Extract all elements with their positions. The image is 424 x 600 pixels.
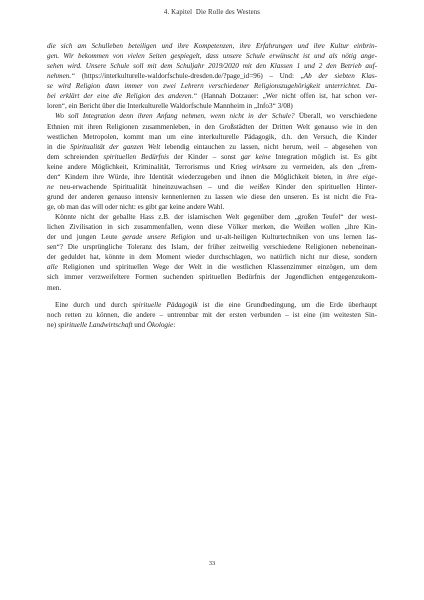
body-text-segment: neu-erwachende Spiritualität hineinzuwac… [54,183,250,191]
text-line: gen. Wir bekommen von vielen Seiten gesp… [47,51,377,61]
emphasized-text: gar keine [241,153,271,161]
emphasized-text: alle [47,263,58,271]
running-header: 4. Kapitel Die Rolle des Westens [0,9,424,17]
body-text-segment: und [132,321,146,329]
emphasized-text: die sich am Schulleben beteiligen und ih… [47,42,377,50]
emphasized-text: sehen wird. Unsere Schule soll mit dem S… [47,62,377,70]
text-line: noch retten zu können, die andere – untr… [47,310,377,320]
text-line: ne) spirituelle Landwirtschaft und Ökolo… [47,320,377,330]
text-line: sich immer verzweifeltere Formen suchend… [47,272,377,282]
body-text-segment: lebendig eintauchen zu lassen, nicht her… [160,143,377,151]
body-text: die sich am Schulleben beteiligen und ih… [47,41,377,330]
text-line: westlichen Metropolen, kommt man um eine… [47,132,377,142]
body-text-segment: : [173,321,175,329]
body-text-segment: Ethnien mit ihren Religionen zusammenleb… [47,123,377,131]
body-text-segment: in die [47,143,70,151]
paragraph: Wo soll Integration denn ihren Anfang ne… [47,111,377,212]
body-text-segment: der Kinder – sonst [169,153,241,161]
body-text-segment: grund der anderen genauso intensiv kenne… [47,193,377,201]
body-text-segment: lichen Zivilisation in sich zusammenfall… [47,223,377,231]
text-line: den“ Kindern ihre Würde, ihre Identität … [47,172,377,182]
emphasized-text: ihre eige- [347,173,377,181]
text-line: loren“, ein Bericht über die Interkultur… [47,101,377,111]
body-text-segment: (https://interkulturelle-waldorfschule-d… [75,72,304,80]
emphasized-text: spirituelle Pädagogik [132,301,197,309]
emphasized-text: bei erklärt der eine die Religion des an… [47,92,197,100]
body-text-segment: noch retten zu können, die andere – untr… [47,311,377,319]
body-text-segment: loren“, ein Bericht über die Interkultur… [47,102,293,110]
text-line: dem schreienden spirituellen Bedürfnis d… [47,152,377,162]
document-page: 4. Kapitel Die Rolle des Westens die sic… [0,0,424,600]
body-text-segment: (Hannah Dotzauer: „Wer nicht offen ist, … [197,92,377,100]
emphasized-text: wirksam [252,163,276,171]
emphasized-text: spirituellen Bedürfnis [103,153,169,161]
body-text-segment: Eine durch und durch [55,301,132,309]
text-line: Wo soll Integration denn ihren Anfang ne… [47,111,377,121]
emphasized-text: spirituelle Landwirtschaft [58,321,132,329]
body-text-segment: Kinder den spirituellen Hinter- [270,183,377,191]
body-text-segment: Überall, wo verschiedene [295,112,377,120]
body-text-segment: Integration möglich ist. Es gibt [271,153,377,161]
text-line: alle Religionen und spirituellen Wege de… [47,262,377,272]
emphasized-text: Ab der siebten Klas- [304,72,377,80]
text-line: Könnte nicht der geballte Hass z.B. der … [47,212,377,222]
text-line: nehmen.“ (https://interkulturelle-waldor… [47,71,377,81]
body-text-segment: westlichen Metropolen, kommt man um eine… [47,133,377,141]
body-text-segment: ne) [47,321,58,329]
emphasized-text: gen. Wir bekommen von vielen Seiten gesp… [47,52,377,60]
body-text-segment: und ur-alt-heiligen Kulturtechniken von … [195,233,377,241]
text-line: men. [47,283,377,293]
body-text-segment: keine andere Möglichkeit, Kriminalität, … [47,163,252,171]
body-text-segment: der geduldet hat, könnte in dem Moment w… [47,253,377,261]
paragraph: Könnte nicht der geballte Hass z.B. der … [47,212,377,293]
body-text-segment: der und jungen Leute [47,233,122,241]
text-line: bei erklärt der eine die Religion des an… [47,91,377,101]
text-line: die sich am Schulleben beteiligen und ih… [47,41,377,51]
emphasized-text: se wird Religion dann immer von zwei Leh… [47,82,377,90]
emphasized-text: weißen [249,183,269,191]
text-line: sen“? Die ursprüngliche Toleranz des Isl… [47,242,377,252]
emphasized-text: ne [47,183,54,191]
text-line: der geduldet hat, könnte in dem Moment w… [47,252,377,262]
text-line: der und jungen Leute gerade unsere Relig… [47,232,377,242]
text-line: Ethnien mit ihren Religionen zusammenleb… [47,122,377,132]
text-line: in die Spiritualität der ganzen Welt leb… [47,142,377,152]
text-line: grund der anderen genauso intensiv kenne… [47,192,377,202]
emphasized-text: Ökologie [147,321,173,329]
body-text-segment: sen“? Die ursprüngliche Toleranz des Isl… [47,243,377,251]
text-line: se wird Religion dann immer von zwei Leh… [47,81,377,91]
body-text-segment: men. [47,284,61,292]
text-line: ne neu-erwachende Spiritualität hineinzu… [47,182,377,192]
paragraph: die sich am Schulleben beteiligen und ih… [47,41,377,111]
body-text-segment: sich immer verzweifeltere Formen suchend… [47,273,377,281]
body-text-segment: den“ Kindern ihre Würde, ihre Identität … [47,173,347,181]
text-line: Eine durch und durch spirituelle Pädagog… [47,300,377,310]
page-number: 33 [0,560,424,568]
text-line: sehen wird. Unsere Schule soll mit dem S… [47,61,377,71]
emphasized-text: Wo soll Integration denn ihren Anfang ne… [55,112,295,120]
text-line: ge, ob man das will oder nicht: es gibt … [47,202,377,212]
emphasized-text: nehmen.“ [47,72,75,80]
body-text-segment: zu vermeiden, als den „frem- [276,163,377,171]
text-line: keine andere Möglichkeit, Kriminalität, … [47,162,377,172]
body-text-segment: Könnte nicht der geballte Hass z.B. der … [55,213,377,221]
body-text-segment: ist die eine Grundbedingung, um die Erde… [198,301,377,309]
paragraph: Eine durch und durch spirituelle Pädagog… [47,300,377,330]
body-text-segment: ge, ob man das will oder nicht: es gibt … [47,203,224,211]
text-line: lichen Zivilisation in sich zusammenfall… [47,222,377,232]
emphasized-text: gerade unsere Religion [122,233,195,241]
body-text-segment: Religionen und spirituellen Wege der Wel… [58,263,377,271]
emphasized-text: Spiritualität der ganzen Welt [70,143,160,151]
body-text-segment: dem schreienden [47,153,103,161]
